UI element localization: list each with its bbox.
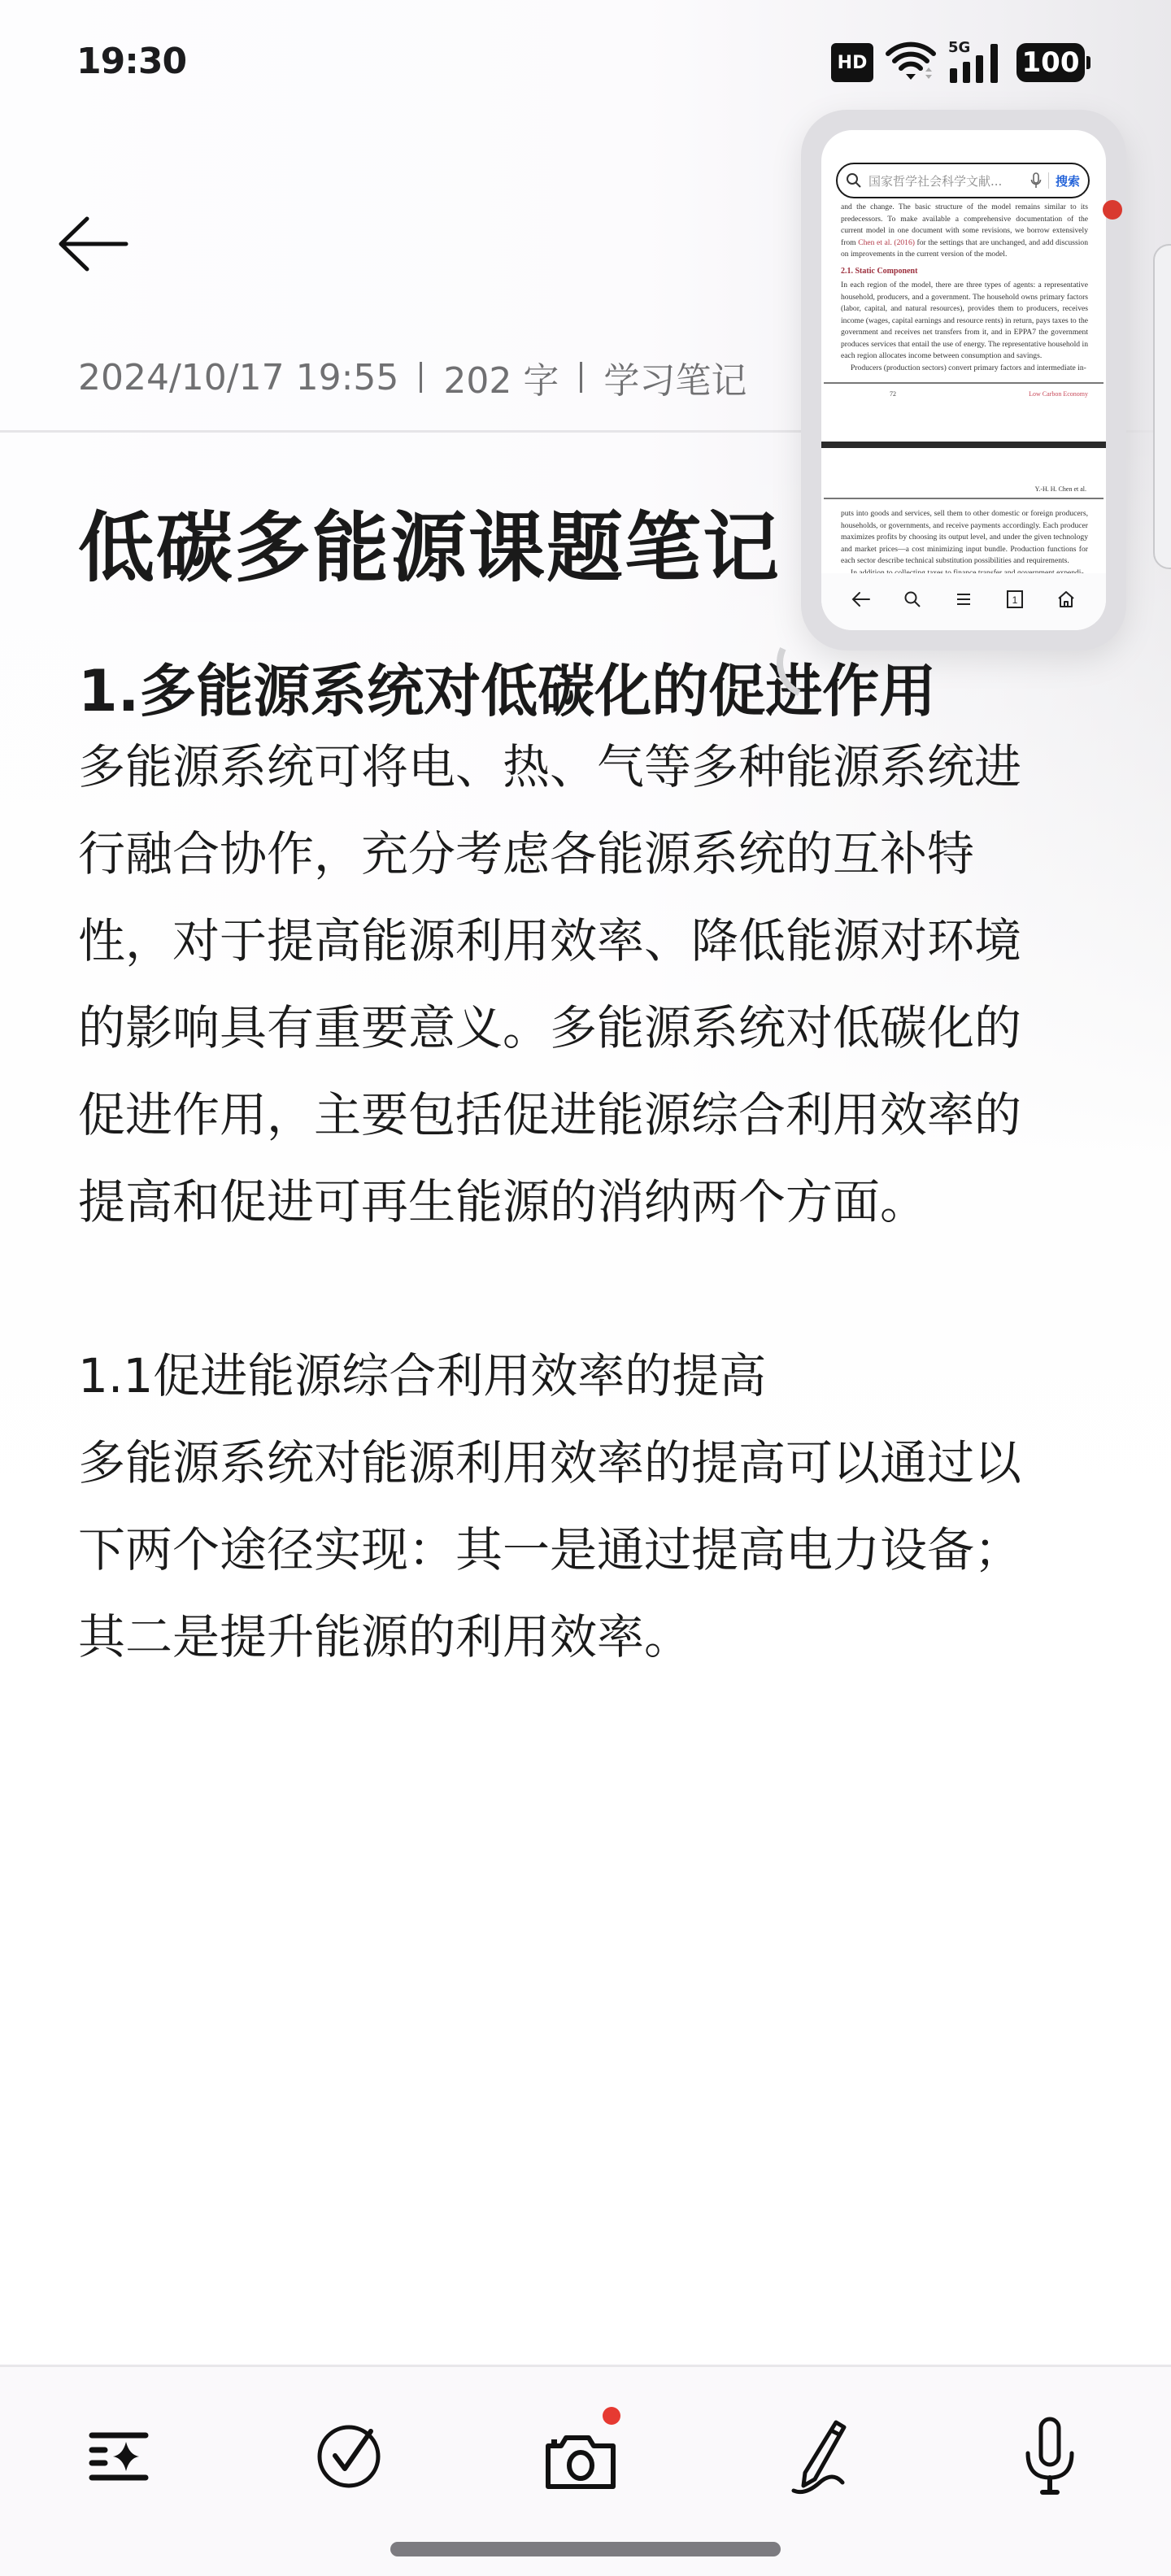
pdf-section-title: 2.1. Static Component (841, 266, 1088, 278)
home-icon[interactable] (1054, 587, 1078, 611)
svg-text:1: 1 (1012, 594, 1017, 606)
note-category[interactable]: 学习笔记 (603, 351, 747, 403)
wifi-icon (885, 41, 937, 85)
floating-window-indicator-dot[interactable] (1103, 200, 1122, 220)
citation-link[interactable]: Chen et al. (2016) (858, 238, 915, 247)
status-time: 19:30 (76, 41, 186, 82)
subheading-1-1: 1.1促进能源综合利用效率的提高 (78, 1333, 1062, 1420)
meta-divider (420, 362, 422, 393)
camera-icon (542, 2422, 620, 2491)
microphone-icon (1021, 2416, 1078, 2497)
page-break (821, 442, 1106, 448)
side-panel-handle[interactable] (1153, 244, 1171, 569)
floating-search-input[interactable]: 国家哲学社会科学文献... (868, 172, 1024, 189)
pen-icon (782, 2417, 855, 2495)
check-circle-icon (312, 2420, 385, 2493)
arrow-left-icon (56, 215, 131, 272)
note-word-count: 202 字 (443, 351, 559, 403)
checklist-button[interactable] (304, 2412, 394, 2501)
tab-count-icon[interactable]: 1 (1003, 587, 1027, 611)
back-icon[interactable] (849, 587, 873, 611)
floating-nav-bar: 1 (821, 573, 1106, 630)
journal-name: Low Carbon Economy (1029, 390, 1088, 398)
paragraph-2: 多能源系统对能源利用效率的提高可以通过以下两个途径实现：其一是通过提高电力设备；… (78, 1420, 1062, 1681)
page-rule (824, 498, 1104, 499)
floating-browser-window[interactable]: 国家哲学社会科学文献... 搜索 and the change. The bas… (821, 130, 1106, 630)
voice-button[interactable] (1005, 2412, 1095, 2501)
note-editor[interactable]: 1.多能源系统对低碳化的促进作用 多能源系统可将电、热、气等多种能源系统进行融合… (78, 651, 1062, 1681)
ai-format-button[interactable] (72, 2412, 161, 2501)
camera-button[interactable] (536, 2412, 625, 2501)
page-number: 72 (890, 390, 896, 398)
back-button[interactable] (49, 207, 138, 281)
search-icon (846, 172, 862, 189)
blank-line (78, 1246, 1062, 1333)
status-icons: HD 5G 100 (831, 42, 1085, 83)
notification-badge (603, 2407, 620, 2425)
paragraph-1: 多能源系统可将电、热、气等多种能源系统进行融合协作，充分考虑各能源系统的互补特性… (78, 724, 1062, 1246)
floating-search-button[interactable]: 搜索 (1056, 172, 1080, 189)
home-indicator[interactable] (390, 2542, 781, 2556)
battery-icon: 100 (1016, 43, 1085, 82)
microphone-icon[interactable] (1030, 172, 1042, 189)
cellular-signal-icon: 5G (948, 42, 1005, 83)
menu-icon[interactable] (951, 587, 976, 611)
pdf-running-header: Y.-H. H. Chen et al. (1035, 485, 1086, 493)
handwriting-button[interactable] (774, 2412, 864, 2501)
search-icon[interactable] (900, 587, 925, 611)
meta-divider (580, 362, 582, 393)
pdf-page-footer: 72 Low Carbon Economy (841, 390, 1088, 398)
note-title[interactable]: 低碳多能源课题笔记 (78, 486, 781, 596)
list-sparkle-icon (84, 2424, 149, 2489)
note-meta: 2024/10/17 19:55 202 字 学习笔记 (78, 351, 747, 403)
page-rule (824, 382, 1104, 384)
hd-icon: HD (831, 43, 873, 82)
heading-1: 1.多能源系统对低碳化的促进作用 (78, 651, 1062, 732)
status-bar: 19:30 HD 5G 100 (0, 0, 1171, 122)
search-divider (1048, 172, 1049, 189)
floating-search-bar[interactable]: 国家哲学社会科学文献... 搜索 (836, 163, 1090, 198)
pdf-page-content-2: puts into goods and services, sell them … (841, 508, 1088, 579)
pdf-page-content: and the change. The basic structure of t… (841, 202, 1088, 374)
note-datetime: 2024/10/17 19:55 (78, 357, 398, 398)
